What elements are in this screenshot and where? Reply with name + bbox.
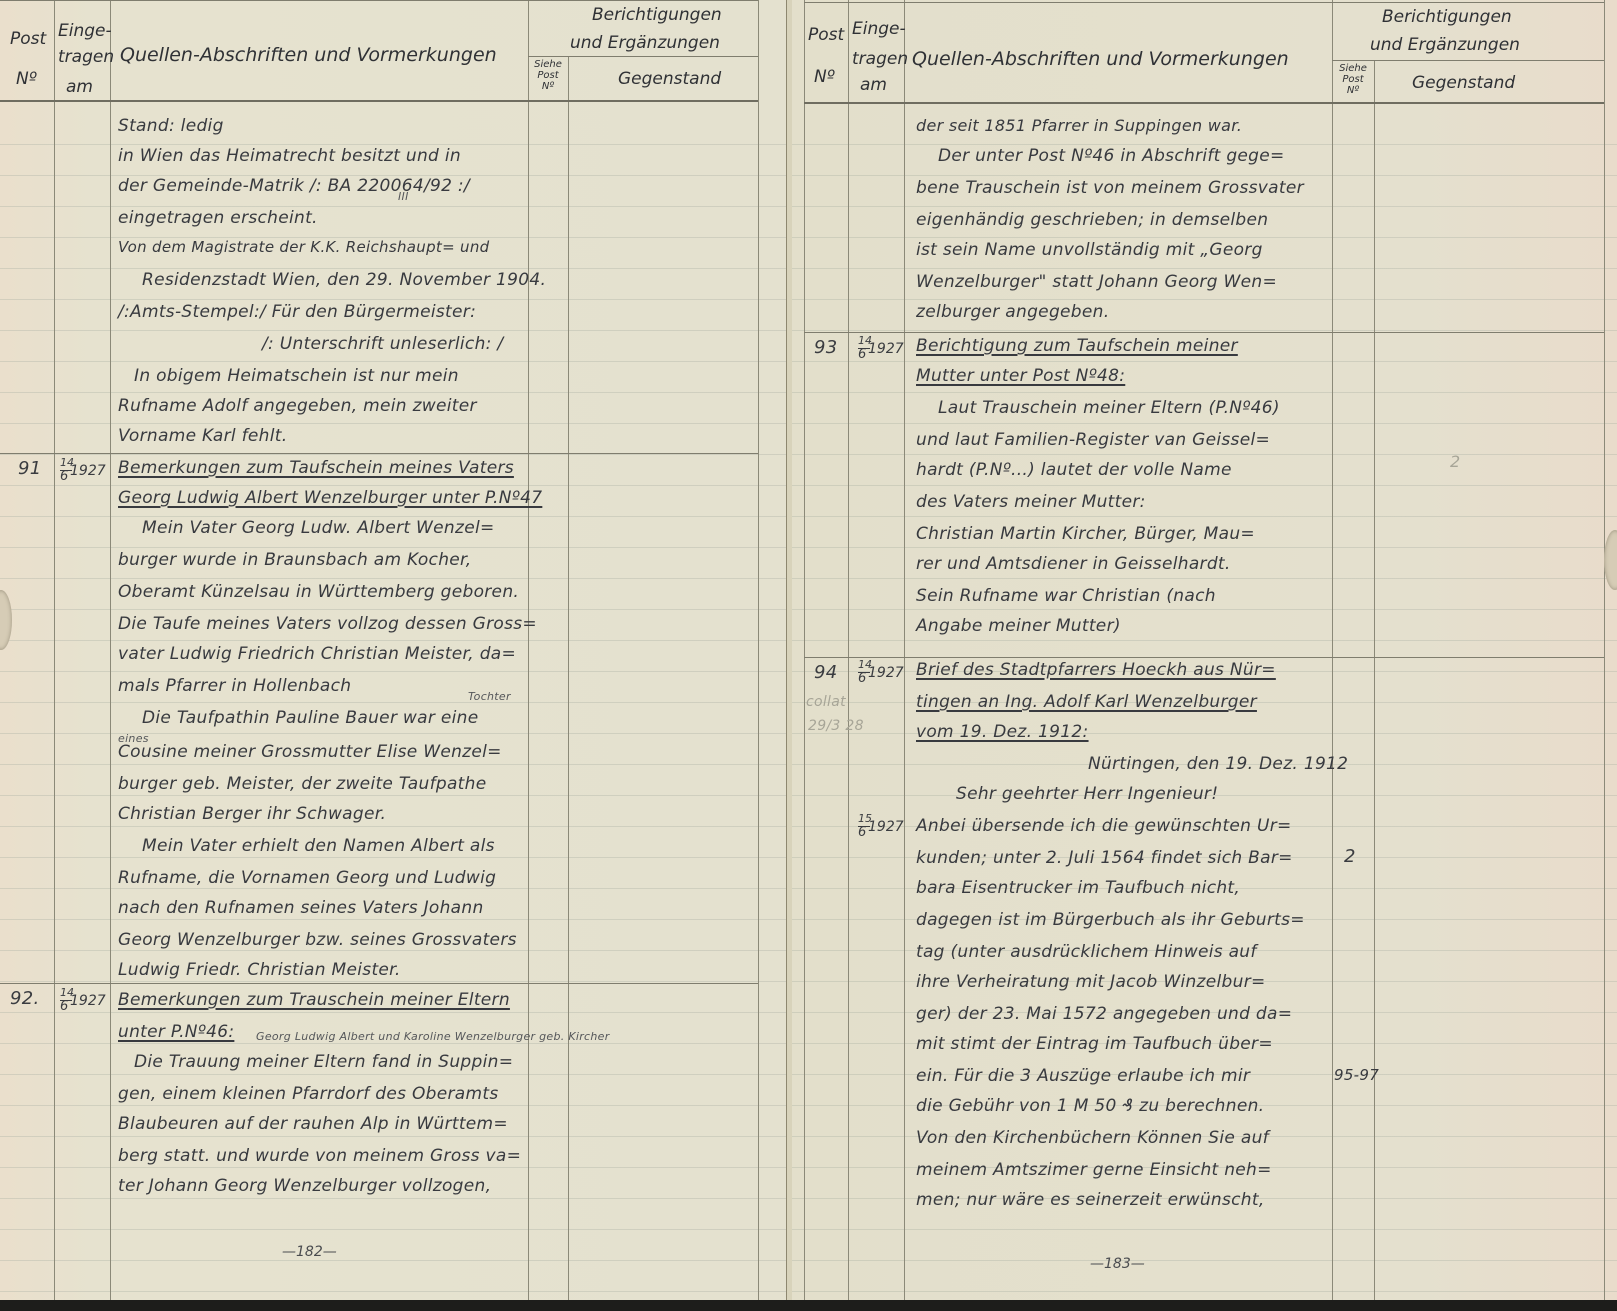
column-divider — [804, 0, 805, 1300]
date-month: 6 — [60, 999, 68, 1014]
header-title: Quellen-Abschriften und Vormerkungen — [912, 50, 1289, 68]
entry-date: 15 6 1927 — [858, 814, 904, 840]
header-siehe-post: Post — [1334, 75, 1372, 85]
column-divider — [568, 56, 569, 1300]
siehe-post-ref: 95-97 — [1334, 1066, 1379, 1084]
entry-heading: Bemerkungen zum Trauschein meiner Eltern — [118, 990, 510, 1010]
text-line: Stand: ledig — [118, 116, 224, 136]
header-subdivider — [1332, 60, 1604, 61]
entry-heading: Brief des Stadtpfarrers Hoeckh aus Nür= — [916, 660, 1276, 680]
text-line: ter Johann Georg Wenzelburger vollzogen, — [118, 1176, 491, 1196]
text-line: nach den Rufnamen seines Vaters Johann — [118, 898, 484, 918]
text-line: dagegen ist im Bürgerbuch als ihr Geburt… — [916, 910, 1305, 930]
entry-date: 14 6 1927 — [858, 336, 904, 362]
text-line: ein. Für die 3 Auszüge erlaube ich mir — [916, 1066, 1250, 1086]
entry-heading: vom 19. Dez. 1912: — [916, 722, 1089, 742]
text-line: Mein Vater erhielt den Namen Albert als — [142, 836, 495, 856]
text-line: Cousine meiner Grossmutter Elise Wenzel= — [118, 742, 502, 762]
header-siehe: Siehe — [530, 60, 566, 70]
date-year: 1927 — [868, 665, 904, 681]
collat-date: 29/3 28 — [808, 718, 864, 734]
column-divider — [1374, 60, 1375, 1300]
text-line: mals Pfarrer in Hollenbach — [118, 676, 351, 696]
entry-separator — [0, 453, 758, 454]
text-line: meinem Amtszimer gerne Einsicht neh= — [916, 1160, 1272, 1180]
text-line: Christian Berger ihr Schwager. — [118, 804, 386, 824]
text-line: Oberamt Künzelsau in Württemberg geboren… — [118, 582, 519, 602]
text-line: Die Taufe meines Vaters vollzog dessen G… — [118, 614, 537, 634]
text-line: kunden; unter 2. Juli 1564 findet sich B… — [916, 848, 1293, 868]
header-gegenstand: Gegenstand — [1412, 74, 1515, 92]
text-line: rer und Amtsdiener in Geisselhardt. — [916, 554, 1231, 574]
date-month: 6 — [858, 825, 866, 840]
post-number: 92. — [10, 988, 40, 1009]
header-gegenstand: Gegenstand — [618, 70, 721, 88]
header-post: Post — [10, 30, 46, 48]
entry-heading: Berichtigung zum Taufschein meiner — [916, 336, 1238, 356]
date-year: 1927 — [70, 463, 106, 479]
header-siehe-no: Nº — [530, 82, 566, 92]
header-am: am — [860, 76, 887, 94]
text-line: Von den Kirchenbüchern Können Sie auf — [916, 1128, 1269, 1148]
text-line: burger geb. Meister, der zweite Taufpath… — [118, 774, 486, 794]
text-line: in Wien das Heimatrecht besitzt und in — [118, 146, 461, 166]
entry-separator — [804, 657, 1604, 658]
post-number: 93 — [814, 337, 838, 358]
entry-date: 14 6 1927 — [60, 988, 106, 1014]
text-line: burger wurde in Braunsbach am Kocher, — [118, 550, 471, 570]
text-line: /:Amts-Stempel:/ Für den Bürgermeister: — [118, 302, 476, 322]
entry-heading: Georg Ludwig Albert Wenzelburger unter P… — [118, 488, 542, 508]
text-line: der Gemeinde-Matrik /: BA 220064/92 :/ — [118, 176, 470, 196]
header-berichtigungen: Berichtigungen — [1382, 8, 1512, 26]
page-number: —183— — [1090, 1256, 1145, 1272]
header-eingetragen-2: tragen — [58, 48, 114, 66]
text-line: die Gebühr von 1 M 50 ₰ zu berechnen. — [916, 1096, 1264, 1116]
text-line: bene Trauschein ist von meinem Grossvate… — [916, 178, 1304, 198]
text-line: Laut Trauschein meiner Eltern (P.Nº46) — [938, 398, 1280, 418]
post-number: 91 — [18, 458, 42, 479]
header-no: Nº — [16, 70, 37, 88]
header-title: Quellen-Abschriften und Vormerkungen — [120, 46, 497, 64]
text-line: men; nur wäre es seinerzeit erwünscht, — [916, 1190, 1265, 1210]
date-year: 1927 — [868, 819, 904, 835]
text-line: berg statt. und wurde von meinem Gross v… — [118, 1146, 521, 1166]
text-line: ist sein Name unvollständig mit „Georg — [916, 240, 1263, 260]
text-line: ihre Verheiratung mit Jacob Winzelbur= — [916, 972, 1266, 992]
text-line: /: Unterschrift unleserlich: / — [262, 334, 503, 354]
header-eingetragen: Einge- — [852, 20, 906, 38]
column-divider — [758, 0, 759, 1300]
page-number: —182— — [282, 1244, 337, 1260]
column-divider — [1604, 0, 1605, 1300]
header-berichtigungen: Berichtigungen — [592, 6, 722, 24]
collat-note: collat — [806, 694, 846, 710]
text-line: Angabe meiner Mutter) — [916, 616, 1121, 636]
column-divider — [528, 0, 529, 1300]
entry-heading: Mutter unter Post Nº48: — [916, 366, 1125, 386]
letter-salutation: Sehr geehrter Herr Ingenieur! — [956, 784, 1218, 804]
post-number: 94 — [814, 662, 838, 683]
insert-tochter: Tochter — [468, 690, 511, 703]
text-line: Mein Vater Georg Ludw. Albert Wenzel= — [142, 518, 495, 538]
text-line: Ludwig Friedr. Christian Meister. — [118, 960, 401, 980]
text-line: Sein Rufname war Christian (nach — [916, 586, 1216, 606]
margin-pencil-mark: 2 — [1450, 452, 1460, 471]
text-line: und laut Familien-Register van Geissel= — [916, 430, 1270, 450]
text-line: Die Trauung meiner Eltern fand in Suppin… — [134, 1052, 513, 1072]
header-ergaenzungen: und Ergänzungen — [570, 34, 720, 52]
entry-heading: tingen an Ing. Adolf Karl Wenzelburger — [916, 692, 1257, 712]
text-line: tag (unter ausdrücklichem Hinweis auf — [916, 942, 1257, 962]
text-line: Rufname Adolf angegeben, mein zweiter — [118, 396, 477, 416]
text-line: mit stimt der Eintrag im Taufbuch über= — [916, 1034, 1273, 1054]
scan-bottom-edge — [0, 1300, 1617, 1311]
text-line: bara Eisentrucker im Taufbuch nicht, — [916, 878, 1240, 898]
header-am: am — [66, 78, 93, 96]
text-line: In obigem Heimatschein ist nur mein — [134, 366, 459, 386]
column-divider — [110, 0, 111, 1300]
entry-date: 14 6 1927 — [60, 458, 106, 484]
date-month: 6 — [858, 671, 866, 686]
header-siehe-post: Post — [530, 71, 566, 81]
letter-place-date: Nürtingen, den 19. Dez. 1912 — [1088, 754, 1348, 774]
entry-separator — [804, 332, 1604, 333]
text-line: eingetragen erscheint. — [118, 208, 318, 228]
insert-parents: Georg Ludwig Albert und Karoline Wenzelb… — [256, 1030, 610, 1043]
header-bottom-border — [0, 100, 758, 102]
text-line: Blaubeuren auf der rauhen Alp in Württem… — [118, 1114, 508, 1134]
date-year: 1927 — [70, 993, 106, 1009]
text-line: Die Taufpathin Pauline Bauer war eine — [142, 708, 478, 728]
date-month: 6 — [858, 347, 866, 362]
right-page: Post Nº Einge- tragen am Quellen-Abschri… — [792, 0, 1617, 1300]
table-top-border — [0, 0, 758, 1]
entry-heading: Bemerkungen zum Taufschein meines Vaters — [118, 458, 514, 478]
header-siehe: Siehe — [1334, 64, 1372, 74]
text-line: Anbei übersende ich die gewünschten Ur= — [916, 816, 1292, 836]
text-line: Von dem Magistrate der K.K. Reichshaupt=… — [118, 238, 489, 256]
header-no: Nº — [814, 68, 835, 86]
text-line: Rufname, die Vornamen Georg und Ludwig — [118, 868, 496, 888]
column-divider — [848, 0, 849, 1300]
column-divider — [904, 0, 905, 1300]
date-month: 6 — [60, 469, 68, 484]
text-line: der seit 1851 Pfarrer in Suppingen war. — [916, 116, 1242, 135]
header-bottom-border — [804, 102, 1604, 104]
text-line: hardt (P.Nº...) lautet der volle Name — [916, 460, 1232, 480]
header-subdivider — [528, 56, 758, 57]
column-divider — [1332, 0, 1333, 1300]
header-eingetragen: Einge- — [58, 22, 112, 40]
text-line: eigenhändig geschrieben; in demselben — [916, 210, 1268, 230]
text-line: Residenzstadt Wien, den 29. November 190… — [142, 270, 546, 290]
header-post: Post — [808, 26, 844, 44]
text-line: zelburger angegeben. — [916, 302, 1109, 322]
date-year: 1927 — [868, 341, 904, 357]
text-line: Vorname Karl fehlt. — [118, 426, 287, 446]
text-line: Georg Wenzelburger bzw. seines Grossvate… — [118, 930, 517, 950]
text-line: Christian Martin Kircher, Bürger, Mau= — [916, 524, 1255, 544]
column-divider — [54, 0, 55, 1300]
matrik-denominator: III — [398, 190, 409, 203]
text-line: Der unter Post Nº46 in Abschrift gege= — [938, 146, 1285, 166]
text-line: gen, einem kleinen Pfarrdorf des Oberamt… — [118, 1084, 499, 1104]
text-line: Wenzelburger" statt Johann Georg Wen= — [916, 272, 1277, 292]
siehe-post-ref: 2 — [1344, 846, 1356, 867]
table-top-border — [804, 2, 1604, 3]
entry-date: 14 6 1927 — [858, 660, 904, 686]
text-line: ger) der 23. Mai 1572 angegeben und da= — [916, 1004, 1292, 1024]
header-siehe-no: Nº — [1334, 86, 1372, 96]
entry-heading: unter P.Nº46: — [118, 1022, 234, 1042]
header-ergaenzungen: und Ergänzungen — [1370, 36, 1520, 54]
entry-separator — [0, 983, 758, 984]
text-line: des Vaters meiner Mutter: — [916, 492, 1146, 512]
header-eingetragen-2: tragen — [852, 50, 908, 68]
left-page: Post Nº Einge- tragen am Quellen-Abschri… — [0, 0, 786, 1300]
text-line: vater Ludwig Friedrich Christian Meister… — [118, 644, 516, 664]
